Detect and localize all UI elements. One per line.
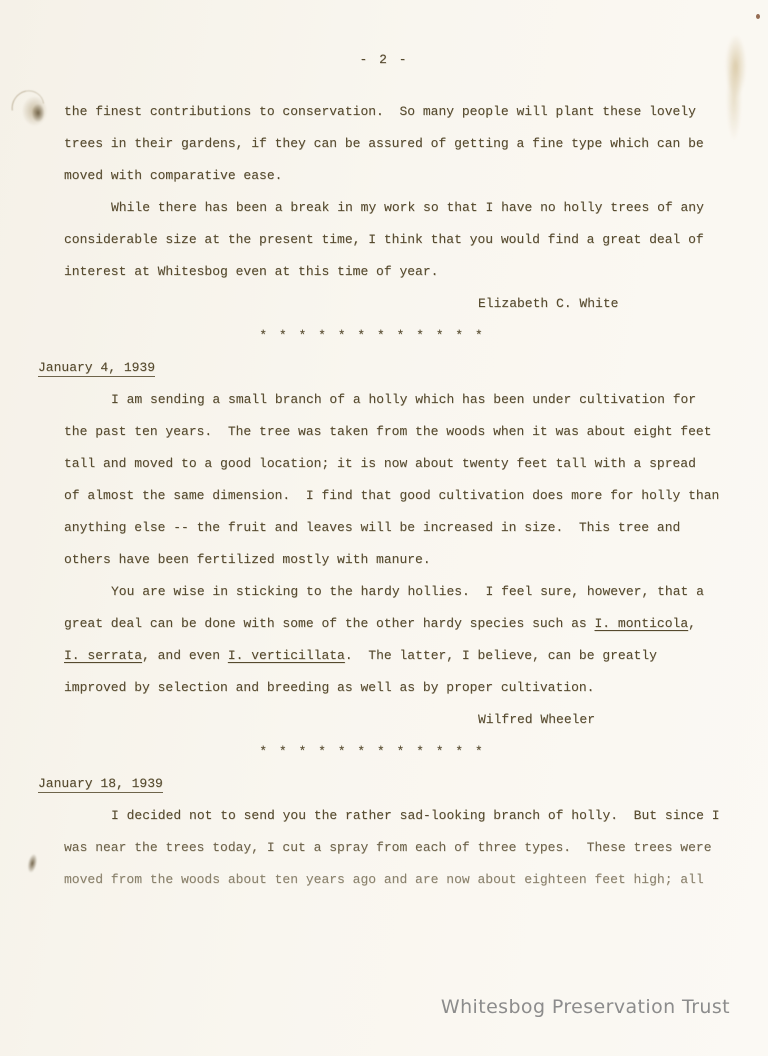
text-segment: interest at Whitesbog even at this time … (64, 264, 438, 279)
text-segment: trees in their gardens, if they can be a… (64, 136, 704, 151)
text-line: moved with comparative ease. (64, 160, 720, 192)
text-line: I decided not to send you the rather sad… (64, 800, 720, 832)
text-line: I am sending a small branch of a holly w… (64, 384, 720, 416)
text-segment: . The latter, I believe, can be greatly (345, 648, 657, 663)
text-segment: , and even (142, 648, 228, 663)
text-line: While there has been a break in my work … (64, 192, 720, 224)
text-line: I. serrata, and even I. verticillata. Th… (64, 640, 720, 672)
watermark: Whitesbog Preservation Trust (441, 996, 730, 1018)
date-heading-text: January 18, 1939 (38, 776, 163, 793)
text-segment: the finest contributions to conservation… (64, 104, 696, 119)
text-line: anything else -- the fruit and leaves wi… (64, 512, 720, 544)
species-name: I. monticola (595, 616, 689, 631)
text-segment: tall and moved to a good location; it is… (64, 456, 696, 471)
text-segment: moved from the woods about ten years ago… (64, 872, 704, 887)
text-segment: I am sending a small branch of a holly w… (111, 392, 696, 407)
text-segment: improved by selection and breeding as we… (64, 680, 595, 695)
species-name: I. verticillata (228, 648, 345, 663)
text-line: of almost the same dimension. I find tha… (64, 480, 720, 512)
text-line: moved from the woods about ten years ago… (64, 864, 720, 896)
species-name: I. serrata (64, 648, 142, 663)
text-segment: While there has been a break in my work … (111, 200, 704, 215)
text-line: trees in their gardens, if they can be a… (64, 128, 720, 160)
text-segment: moved with comparative ease. (64, 168, 282, 183)
text-line: great deal can be done with some of the … (64, 608, 720, 640)
text-segment: considerable size at the present time, I… (64, 232, 704, 247)
text-segment: , (688, 616, 696, 631)
text-segment: was near the trees today, I cut a spray … (64, 840, 712, 855)
text-segment: others have been fertilized mostly with … (64, 552, 431, 567)
text-line: You are wise in sticking to the hardy ho… (64, 576, 720, 608)
asterisk-separator: * * * * * * * * * * * * (64, 320, 720, 352)
text-line: others have been fertilized mostly with … (64, 544, 720, 576)
signature-name: Wilfred Wheeler (64, 704, 720, 736)
text-segment: the past ten years. The tree was taken f… (64, 424, 712, 439)
scanned-letter-page: - 2 - the finest contributions to conser… (0, 0, 768, 1056)
date-heading: January 4, 1939 (38, 352, 720, 384)
text-segment: anything else -- the fruit and leaves wi… (64, 520, 680, 535)
text-segment: You are wise in sticking to the hardy ho… (111, 584, 704, 599)
text-line: the finest contributions to conservation… (64, 96, 720, 128)
document-blocks: the finest contributions to conservation… (0, 70, 768, 896)
text-line: interest at Whitesbog even at this time … (64, 256, 720, 288)
text-line: improved by selection and breeding as we… (64, 672, 720, 704)
date-heading-text: January 4, 1939 (38, 360, 155, 377)
signature-name: Elizabeth C. White (64, 288, 720, 320)
text-segment: of almost the same dimension. I find tha… (64, 488, 719, 503)
text-segment: great deal can be done with some of the … (64, 616, 595, 631)
text-segment: I decided not to send you the rather sad… (111, 808, 720, 823)
text-line: was near the trees today, I cut a spray … (64, 832, 720, 864)
text-line: considerable size at the present time, I… (64, 224, 720, 256)
asterisk-separator: * * * * * * * * * * * * (64, 736, 720, 768)
text-line: tall and moved to a good location; it is… (64, 448, 720, 480)
page-number: - 2 - (0, 0, 768, 70)
text-line: the past ten years. The tree was taken f… (64, 416, 720, 448)
date-heading: January 18, 1939 (38, 768, 720, 800)
